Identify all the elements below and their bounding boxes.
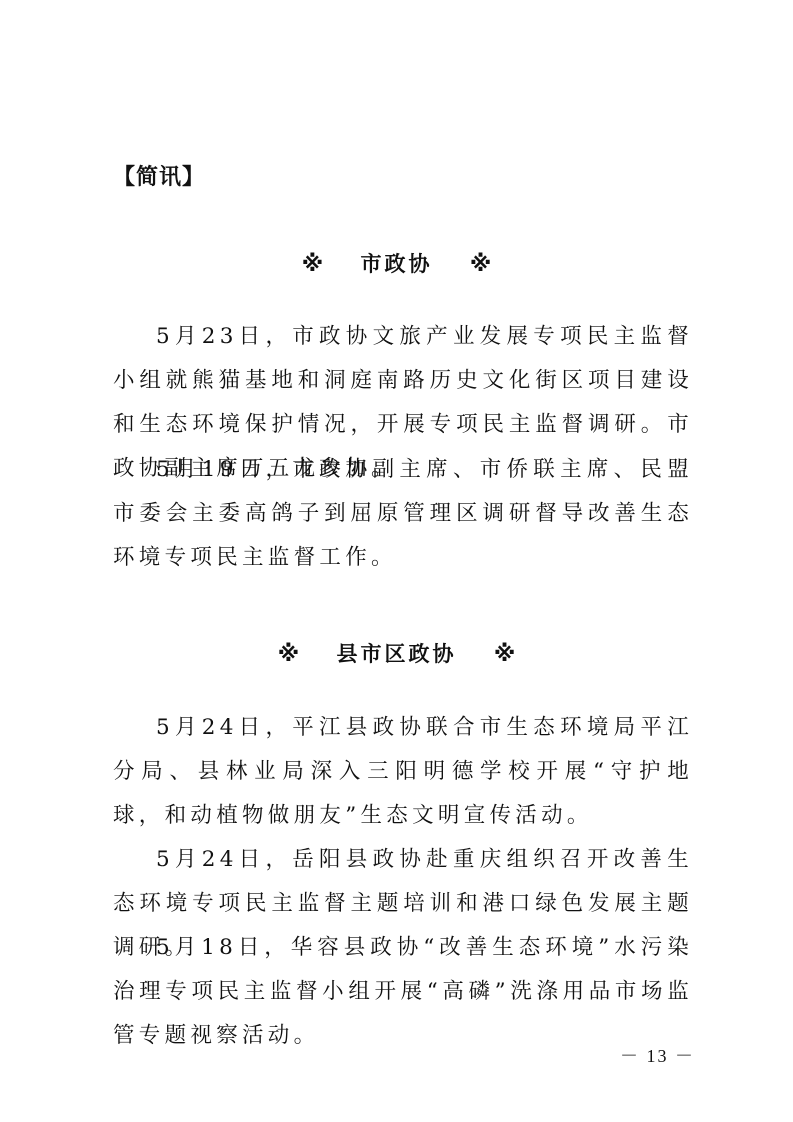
page-number: － 13 －	[620, 1042, 695, 1068]
reference-mark-icon: ※	[278, 642, 299, 667]
document-page: 【简讯】 ※ 市政协 ※ 5月23日，市政协文旅产业发展专项民主监督小组就熊猫基…	[0, 0, 793, 1122]
brief-news-heading: 【简讯】	[113, 160, 205, 191]
section-title-text: 县市区政协	[337, 638, 457, 668]
section-title-text: 市政协	[361, 248, 433, 278]
news-paragraph: 5月18日，华容县政协“改善生态环境”水污染治理专项民主监督小组开展“高磷”洗涤…	[113, 926, 693, 1058]
news-paragraph: 5月24日，平江县政协联合市生态环境局平江分局、县林业局深入三阳明德学校开展“守…	[113, 706, 693, 838]
reference-mark-icon: ※	[470, 252, 491, 277]
news-paragraph: 5月19日，市政协副主席、市侨联主席、民盟市委会主委高鸽子到屈原管理区调研督导改…	[113, 448, 693, 580]
section-title-county-cppcc: ※ 县市区政协 ※	[0, 638, 793, 668]
reference-mark-icon: ※	[302, 252, 323, 277]
section-title-city-cppcc: ※ 市政协 ※	[0, 248, 793, 278]
reference-mark-icon: ※	[494, 642, 515, 667]
